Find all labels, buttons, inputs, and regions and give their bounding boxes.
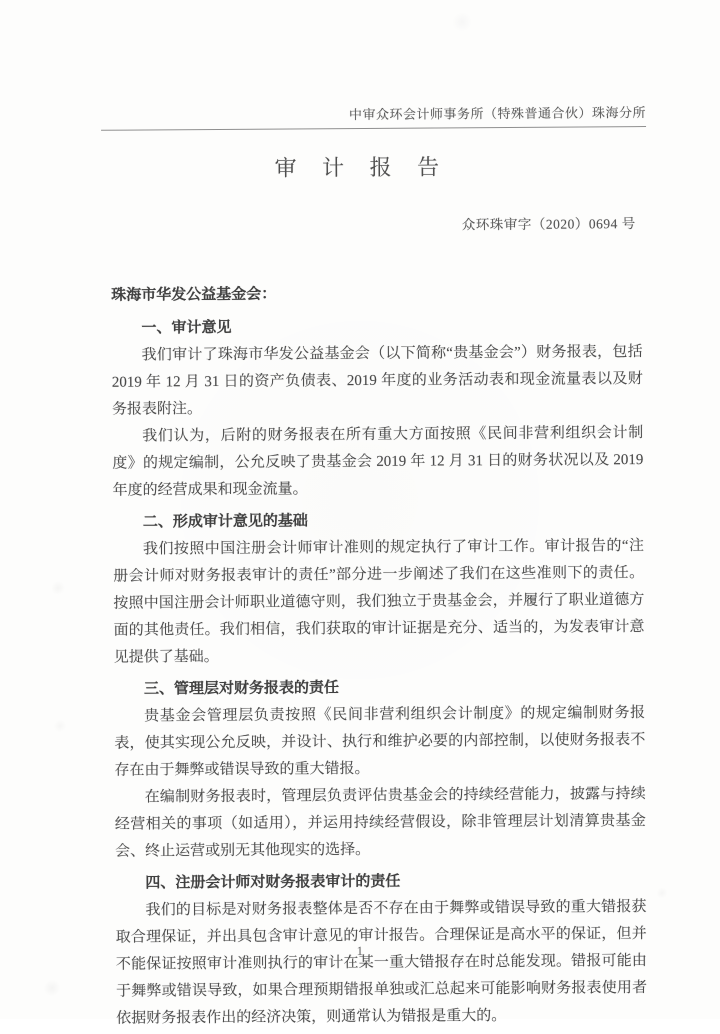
section-heading: 三、管理层对财务报表的责任	[114, 673, 645, 704]
section-heading: 一、审计意见	[111, 312, 642, 343]
firm-name: 中审众环会计师事务所（特殊普通合伙）珠海分所	[349, 105, 646, 122]
page-content: 中审众环会计师事务所（特殊普通合伙）珠海分所 审 计 报 告 众环珠审字（202…	[0, 0, 720, 1019]
report-body: 珠海市华发公益基金会： 一、审计意见 我们审计了珠海市华发公益基金会（以下简称“…	[111, 279, 647, 1019]
report-title: 审 计 报 告	[0, 151, 718, 184]
section-heading: 二、形成审计意见的基础	[113, 506, 644, 537]
section-heading: 四、注册会计师对财务报表审计的责任	[115, 867, 646, 898]
paragraph: 贵基金会管理层负责按照《民间非营利组织会计制度》的规定编制财务报表，使其实现公允…	[114, 700, 646, 785]
paragraph: 我们按照中国注册会计师审计准则的规定执行了审计工作。审计报告的“注册会计师对财务…	[113, 533, 645, 672]
reference-number: 众环珠审字（2020）0694 号	[0, 215, 636, 237]
scanned-page: 中审众环会计师事务所（特殊普通合伙）珠海分所 审 计 报 告 众环珠审字（202…	[0, 0, 720, 1019]
page-header: 中审众环会计师事务所（特殊普通合伙）珠海分所	[101, 104, 646, 131]
paragraph: 我们认为，后附的财务报表在所有重大方面按照《民间非营利组织会计制度》的规定编制，…	[112, 420, 644, 505]
section-audit-opinion: 一、审计意见 我们审计了珠海市华发公益基金会（以下简称“贵基金会”）财务报表，包…	[111, 312, 643, 505]
section-management-responsibility: 三、管理层对财务报表的责任 贵基金会管理层负责按照《民间非营利组织会计制度》的规…	[114, 673, 646, 866]
section-basis-for-opinion: 二、形成审计意见的基础 我们按照中国注册会计师审计准则的规定执行了审计工作。审计…	[113, 506, 645, 672]
paragraph: 我们审计了珠海市华发公益基金会（以下简称“贵基金会”）财务报表，包括 2019 …	[112, 339, 644, 424]
addressee: 珠海市华发公益基金会：	[111, 279, 642, 310]
paragraph: 在编制财务报表时，管理层负责评估贵基金会的持续经营能力，披露与持续经营相关的事项…	[115, 781, 647, 866]
